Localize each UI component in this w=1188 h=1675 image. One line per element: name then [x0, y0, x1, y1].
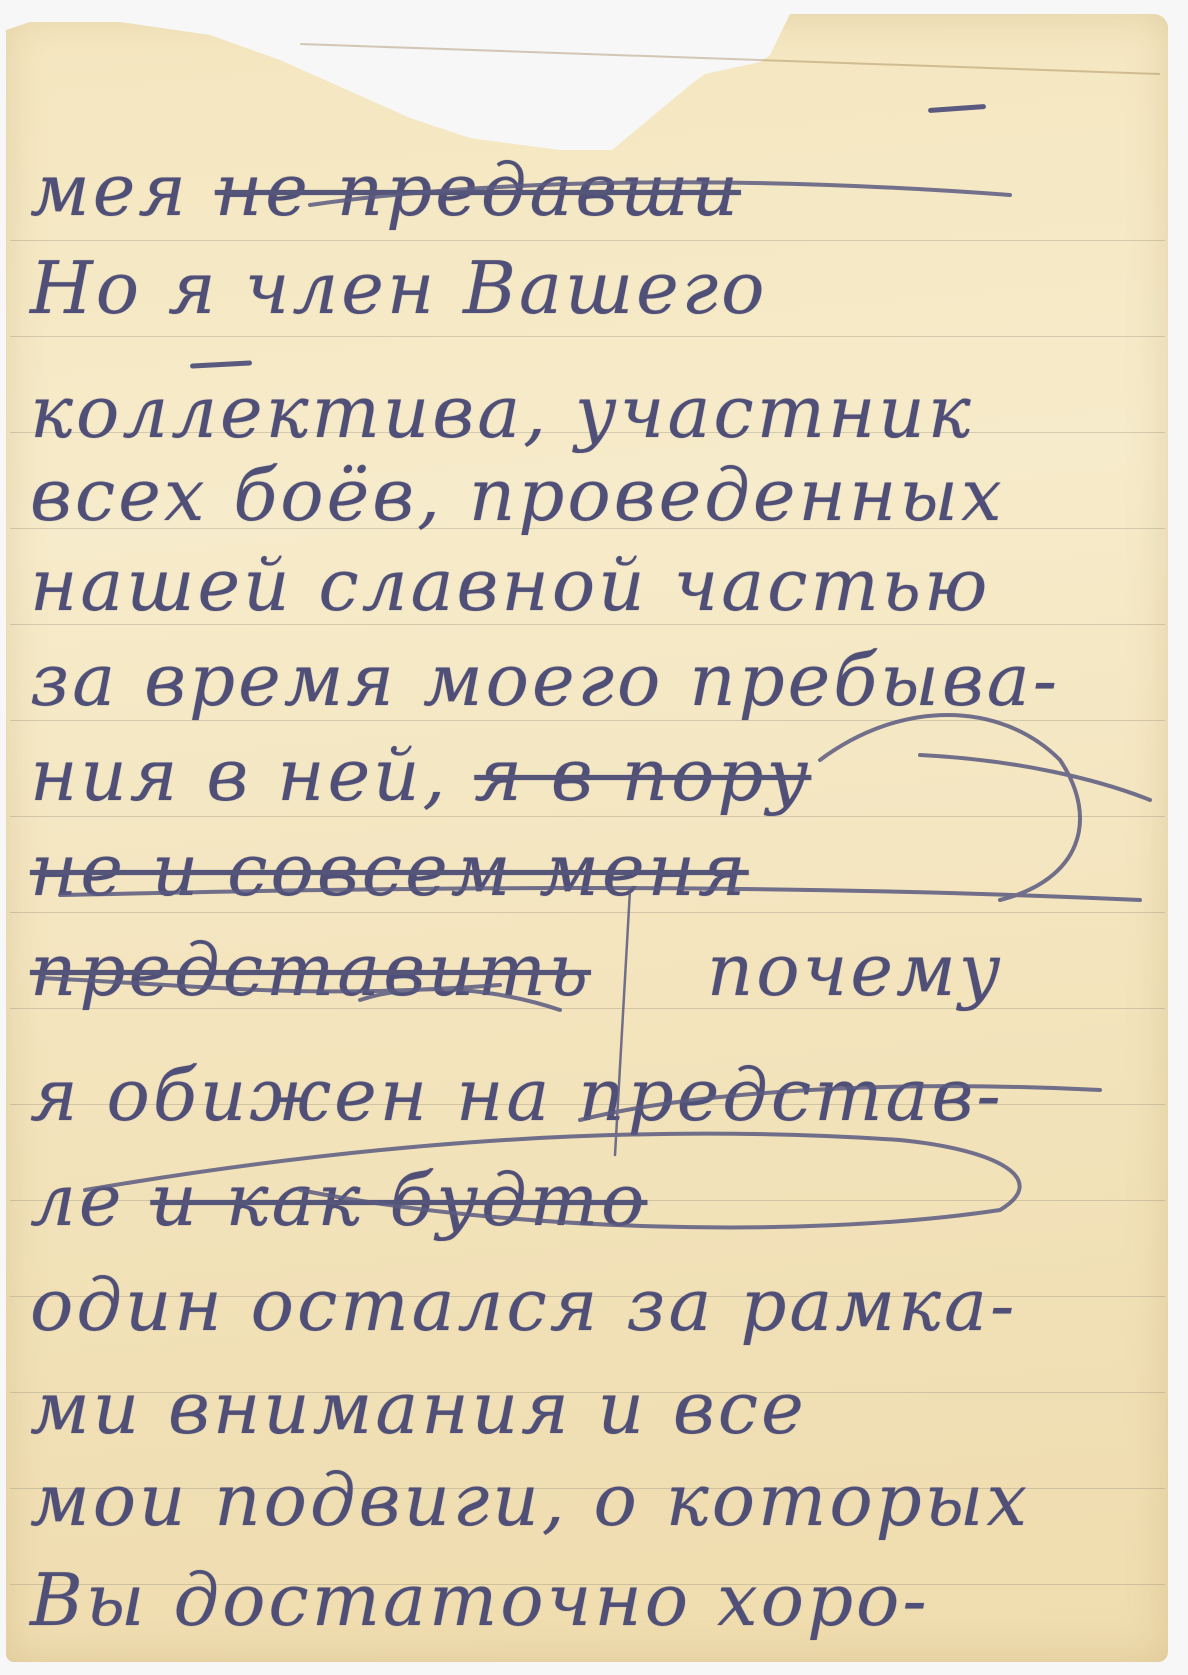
- letter-line-11: ле и как будто: [30, 1160, 1160, 1260]
- struck-text: представить: [30, 928, 591, 1012]
- letter-line-9: представить почему: [30, 930, 1160, 1030]
- struck-text: не предавши: [215, 148, 741, 232]
- overwritten-text: почему: [707, 928, 1004, 1012]
- letter-line-12: один остался за рамка-: [30, 1265, 1160, 1365]
- letter-line-7: ния в ней, я в пору: [30, 735, 1160, 835]
- struck-text: я в пору: [474, 733, 811, 817]
- struck-text: и как будто: [150, 1158, 647, 1242]
- letter-line-5: нашей славной частью: [30, 545, 1160, 645]
- letter-line-8: не и совсем меня: [30, 830, 1160, 930]
- struck-text: не и совсем меня: [30, 828, 749, 912]
- letter-line-10: я обижен на представ-: [30, 1055, 1160, 1155]
- letter-line-2: Но я член Вашего: [30, 248, 1160, 348]
- letter-line-1: мея не предавши: [30, 150, 1160, 250]
- letter-line-14: мои подвиги, о которых: [30, 1460, 1160, 1560]
- letter-line-6: за время моего пребыва-: [30, 640, 1160, 740]
- letter-line-15: Вы достаточно хоро-: [30, 1560, 1160, 1660]
- letter-line-4: всех боёв, проведенных: [30, 455, 1160, 555]
- letter-line-13: ми внимания и все: [30, 1368, 1160, 1468]
